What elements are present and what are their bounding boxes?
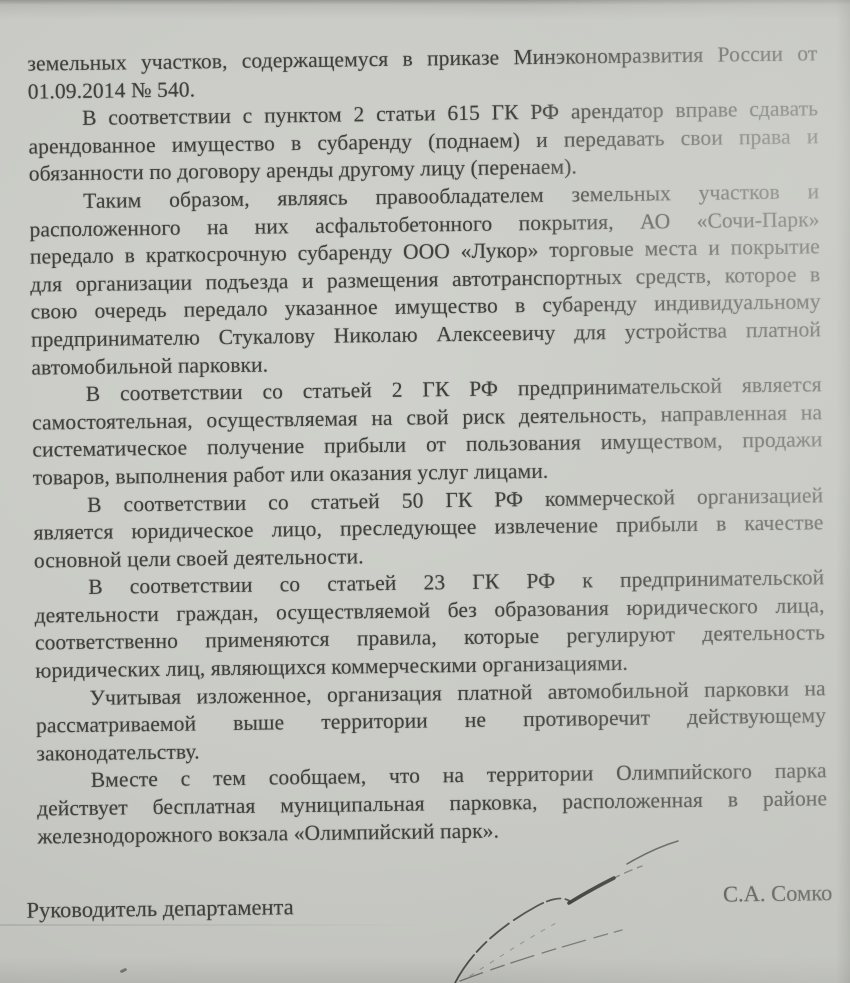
signature-stroke-lower-arc — [460, 930, 622, 981]
signature-stroke-dash — [612, 866, 642, 879]
signature-stroke-dotted — [470, 922, 558, 976]
signature-stroke-main — [455, 899, 571, 983]
document-page: земельных участков, содержащемуся в прик… — [0, 0, 850, 983]
handwritten-signature-flourish — [0, 0, 850, 983]
signature-stroke-bold — [569, 878, 614, 903]
signature-stroke-top-arc — [627, 841, 678, 864]
